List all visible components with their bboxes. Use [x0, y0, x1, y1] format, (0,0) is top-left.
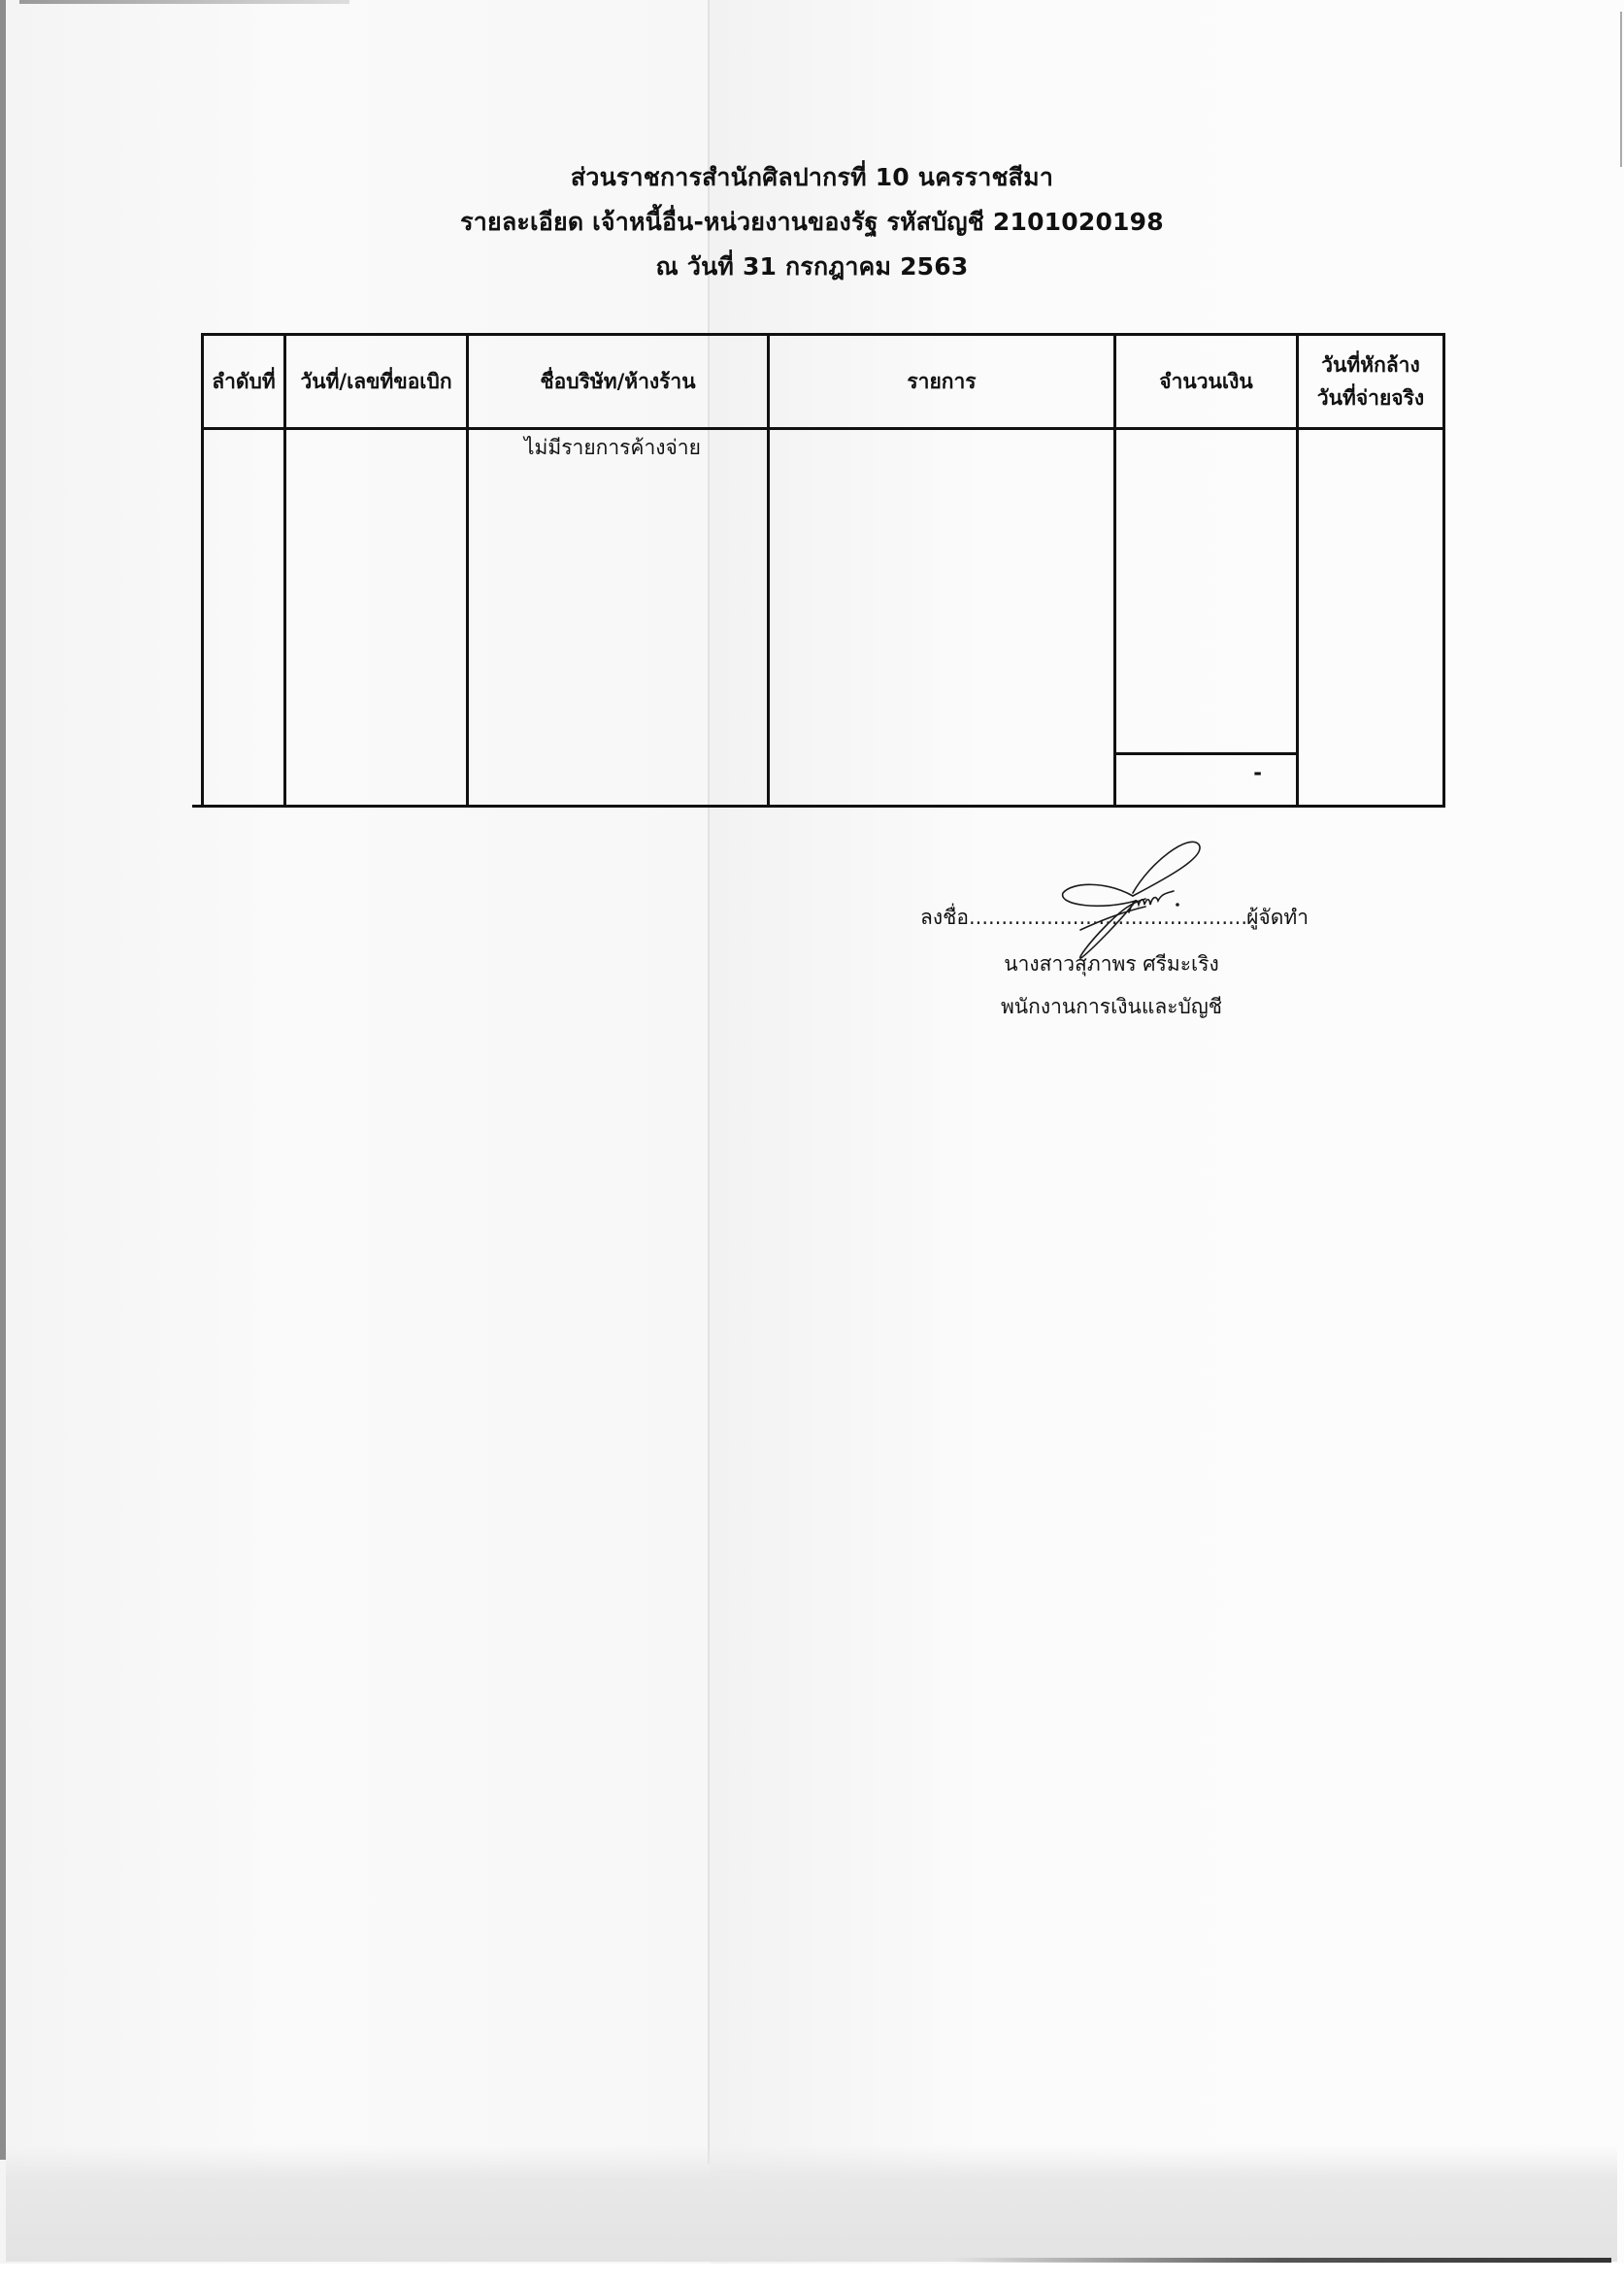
signature-line: ลงชื่อ .................................… — [920, 898, 1309, 937]
signature-dotted-line: ........................................… — [969, 906, 1246, 929]
header-divider — [204, 427, 1442, 430]
agency-title: ส่วนราชการสำนักศิลปากรที่ 10 นครราชสีมา — [0, 155, 1624, 200]
column-header-amount: จำนวนเงิน — [1116, 336, 1296, 427]
scan-top-edge — [19, 0, 349, 4]
scan-bottom-shadow — [6, 2145, 1617, 2262]
report-subject: รายละเอียด เจ้าหนี้อื่น-หน่วยงานของรัฐ ร… — [0, 200, 1624, 245]
payment-date-label: วันที่จ่ายจริง — [1317, 381, 1424, 414]
scan-right-edge — [1620, 12, 1622, 167]
report-date: ณ วันที่ 31 กรกฎาคม 2563 — [0, 245, 1624, 289]
sign-label: ลงชื่อ — [920, 902, 969, 934]
preparer-label: ผู้จัดทำ — [1246, 902, 1309, 934]
scan-bottom-edge — [951, 2258, 1611, 2263]
column-header-date-request-no: วันที่/เลขที่ขอเบิก — [286, 336, 466, 427]
clearing-date-label: วันที่หักล้าง — [1321, 348, 1419, 381]
scan-left-edge — [0, 0, 6, 2160]
creditors-table: ลำดับที่ วันที่/เลขที่ขอเบิก ชื่อบริษัท/… — [201, 333, 1445, 808]
empty-table-message: ไม่มีรายการค้างจ่าย — [524, 433, 701, 462]
total-amount: - — [1116, 761, 1262, 784]
column-header-sequence: ลำดับที่ — [204, 336, 283, 427]
signer-position: พนักงานการเงินและบัญชี — [903, 987, 1320, 1026]
scan-margin — [0, 2264, 1624, 2283]
fold-crease — [708, 0, 710, 2165]
signer-name: นางสาวสุภาพร ศรีมะเริง — [903, 944, 1320, 983]
total-row-divider — [1116, 752, 1296, 755]
column-header-clearing-date: วันที่หักล้าง วันที่จ่ายจริง — [1299, 336, 1442, 427]
document-header: ส่วนราชการสำนักศิลปากรที่ 10 นครราชสีมา … — [0, 155, 1624, 289]
column-header-description: รายการ — [770, 336, 1113, 427]
table-bottom-rule — [192, 805, 204, 808]
column-header-company: ชื่อบริษัท/ห้างร้าน — [469, 336, 767, 427]
